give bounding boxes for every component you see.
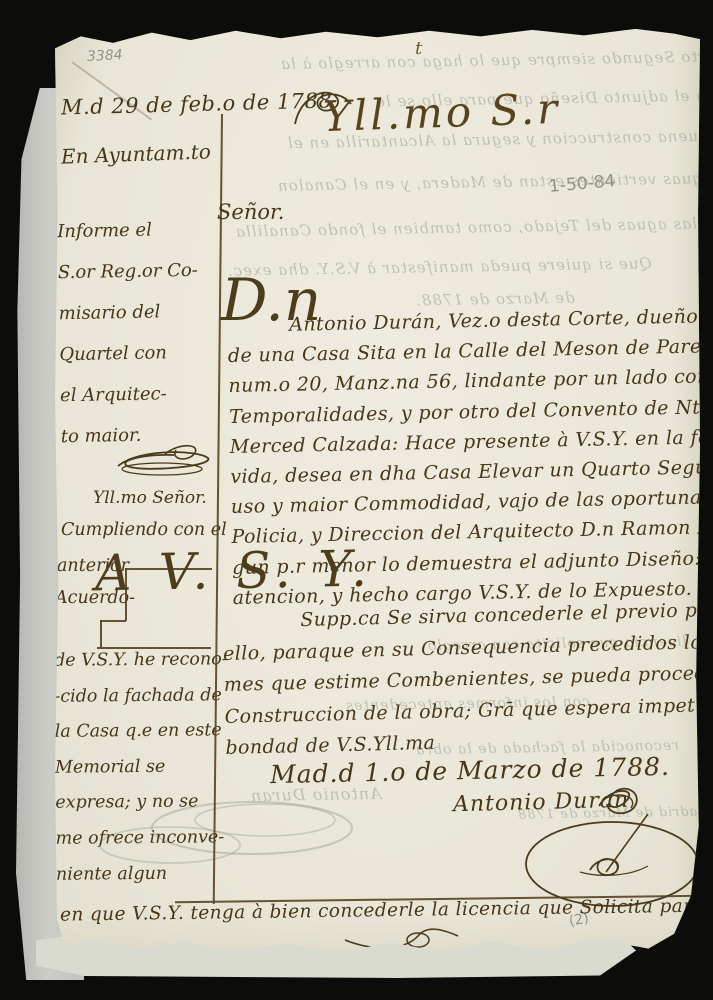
bleedthrough-line: viertan las aguas del Tejado, como tambi…: [235, 213, 713, 240]
top-ink-mark: t: [415, 38, 422, 59]
margin-report-line: la Casa q.e en este: [55, 713, 229, 750]
margin-decree-line: Informe el: [57, 209, 198, 252]
margin-report-heading: Yll.mo Señor.: [93, 488, 207, 508]
margin-session-note: En Ayuntam.to: [61, 139, 212, 168]
reference-number-pencil: 1-50-84: [548, 171, 616, 197]
bleedthrough-line: Elevacion del Quarto Segundo siempre que…: [280, 45, 713, 73]
salutation-large: Yll.mo S.r: [322, 84, 561, 141]
frame-rule: [100, 620, 126, 622]
margin-report-heading: Cumpliendo con el: [61, 520, 227, 540]
manuscript-page: Elevacion del Quarto Segundo siempre que…: [55, 28, 700, 956]
margin-session-date: M.d 29 de feb.o de 1788: [61, 88, 333, 119]
archive-number-pencil: 3384: [87, 47, 123, 65]
frame-rule: [97, 647, 211, 649]
margin-report-body: de V.S.Y. he recono- -cido la fachada de…: [54, 642, 230, 893]
margin-decree-line: Quartel con: [59, 332, 200, 375]
margin-report-line: Memorial se: [55, 749, 229, 786]
petition-plea: Supp.ca Se sirva concederle el previo pe…: [222, 595, 713, 764]
plea-initial: A V. S. Y.: [95, 540, 374, 603]
margin-report-line: -cido la fachada de: [54, 678, 228, 715]
frame-rule: [100, 620, 102, 647]
footer-continuation-line: en que V.S.Y. tenga à bien concederle la…: [60, 895, 713, 925]
margin-decree-line: misario del: [58, 291, 199, 334]
manuscript-scan: Elevacion del Quarto Segundo siempre que…: [0, 0, 713, 1000]
margin-report-line: me ofrece inconve-: [55, 820, 229, 857]
margin-decree-note: Informe el S.or Reg.or Co- misario del Q…: [57, 209, 201, 457]
margin-report-line: niente algun: [56, 856, 230, 893]
margin-report-line: expresa; y no se: [55, 785, 229, 822]
salutation: Señor.: [217, 200, 284, 224]
margin-rubric-flourish: [110, 436, 220, 481]
bleedthrough-line: aguas vertientes estan de Madera, y en e…: [277, 169, 712, 195]
margin-decree-line: S.or Reg.or Co-: [58, 250, 199, 293]
margin-decree-line: el Arquitec-: [60, 373, 201, 416]
